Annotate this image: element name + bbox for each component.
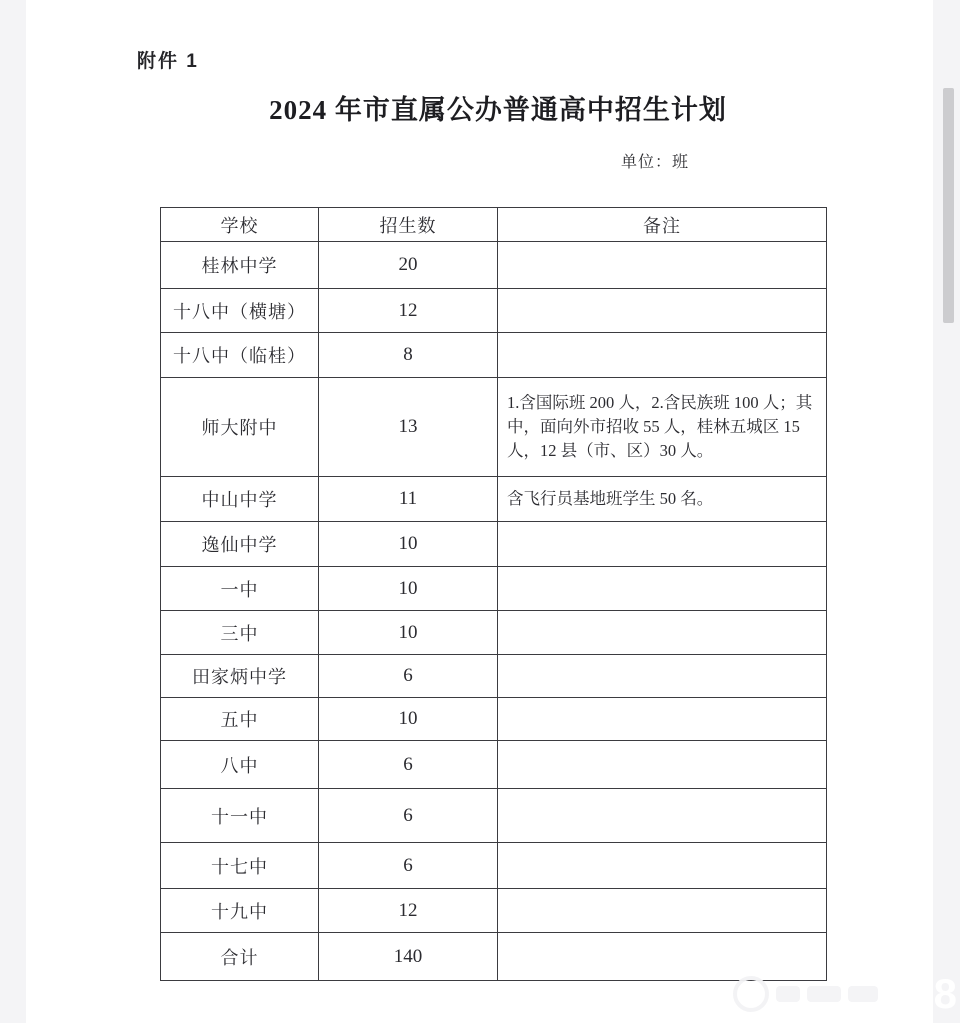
count-cell: 10 xyxy=(319,567,498,611)
table-row: 十八中（临桂） 8 xyxy=(161,333,827,378)
school-cell: 田家炳中学 xyxy=(161,655,319,698)
table-row: 师大附中 13 1.含国际班 200 人，2.含民族班 100 人；其中，面向外… xyxy=(161,378,827,477)
school-cell: 十七中 xyxy=(161,843,319,889)
remark-cell xyxy=(498,242,827,289)
count-cell: 11 xyxy=(319,477,498,522)
enrollment-table: 学校 招生数 备注 桂林中学 20 十八中（横塘） 12 十八中（临桂） 8 师… xyxy=(160,207,827,981)
count-cell: 6 xyxy=(319,843,498,889)
unit-label: 单位：班 xyxy=(621,149,689,172)
remark-cell xyxy=(498,889,827,933)
table-row: 三中 10 xyxy=(161,611,827,655)
school-cell: 桂林中学 xyxy=(161,242,319,289)
count-cell: 6 xyxy=(319,741,498,789)
page-title: 2024 年市直属公办普通高中招生计划 xyxy=(18,88,960,127)
remark-cell xyxy=(498,789,827,843)
header-school: 学校 xyxy=(161,208,319,242)
table-row: 十九中 12 xyxy=(161,889,827,933)
school-cell: 十一中 xyxy=(161,789,319,843)
count-cell: 12 xyxy=(319,289,498,333)
page-margin-left xyxy=(0,0,26,1023)
school-cell: 十八中（横塘） xyxy=(161,289,319,333)
remark-cell xyxy=(498,698,827,741)
school-cell: 师大附中 xyxy=(161,378,319,477)
table-header-row: 学校 招生数 备注 xyxy=(161,208,827,242)
table-row: 中山中学 11 含飞行员基地班学生 50 名。 xyxy=(161,477,827,522)
school-cell: 五中 xyxy=(161,698,319,741)
school-cell: 逸仙中学 xyxy=(161,522,319,567)
school-cell: 八中 xyxy=(161,741,319,789)
table-row: 逸仙中学 10 xyxy=(161,522,827,567)
table-row: 十八中（横塘） 12 xyxy=(161,289,827,333)
watermark-ghost-text xyxy=(776,986,800,1002)
table-row: 桂林中学 20 xyxy=(161,242,827,289)
watermark-digit: 8 xyxy=(934,973,957,1015)
total-count-cell: 140 xyxy=(319,933,498,981)
count-cell: 6 xyxy=(319,655,498,698)
remark-cell xyxy=(498,522,827,567)
remark-cell: 1.含国际班 200 人，2.含民族班 100 人；其中，面向外市招收 55 人… xyxy=(498,378,827,477)
remark-cell xyxy=(498,567,827,611)
watermark-logo-icon xyxy=(733,976,769,1012)
count-cell: 6 xyxy=(319,789,498,843)
remark-cell xyxy=(498,333,827,378)
school-cell: 十八中（临桂） xyxy=(161,333,319,378)
remark-cell xyxy=(498,611,827,655)
table-row total-row: 合计 140 xyxy=(161,933,827,981)
count-cell: 10 xyxy=(319,698,498,741)
header-remark: 备注 xyxy=(498,208,827,242)
table-row: 十一中 6 xyxy=(161,789,827,843)
table-row: 一中 10 xyxy=(161,567,827,611)
school-cell: 一中 xyxy=(161,567,319,611)
remark-cell: 含飞行员基地班学生 50 名。 xyxy=(498,477,827,522)
table-row: 田家炳中学 6 xyxy=(161,655,827,698)
count-cell: 8 xyxy=(319,333,498,378)
school-cell: 十九中 xyxy=(161,889,319,933)
school-cell: 中山中学 xyxy=(161,477,319,522)
school-cell: 三中 xyxy=(161,611,319,655)
remark-cell xyxy=(498,843,827,889)
remark-cell xyxy=(498,741,827,789)
watermark: 8 xyxy=(733,970,957,1018)
table-row: 五中 10 xyxy=(161,698,827,741)
header-count: 招生数 xyxy=(319,208,498,242)
watermark-ghost-text xyxy=(807,986,841,1002)
count-cell: 20 xyxy=(319,242,498,289)
count-cell: 12 xyxy=(319,889,498,933)
remark-cell xyxy=(498,289,827,333)
count-cell: 10 xyxy=(319,522,498,567)
attachment-label: 附件 1 xyxy=(137,46,199,73)
watermark-ghost-text xyxy=(848,986,878,1002)
count-cell: 10 xyxy=(319,611,498,655)
table-row: 十七中 6 xyxy=(161,843,827,889)
count-cell: 13 xyxy=(319,378,498,477)
remark-cell xyxy=(498,655,827,698)
table-row: 八中 6 xyxy=(161,741,827,789)
total-label-cell: 合计 xyxy=(161,933,319,981)
